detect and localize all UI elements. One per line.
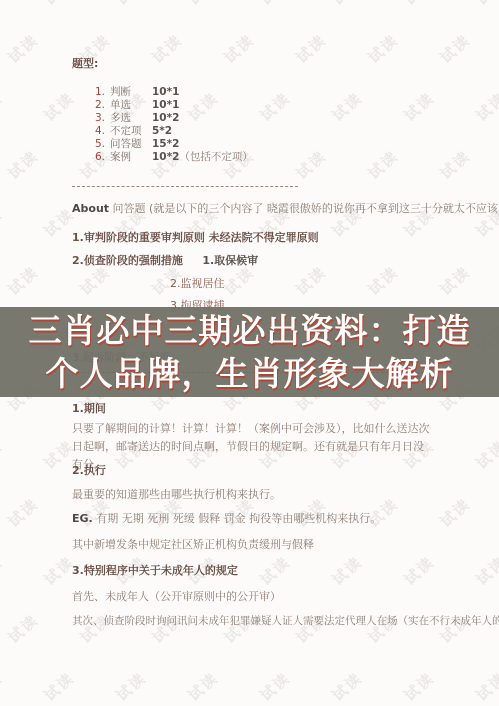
promo-banner[interactable]: 三肖必中三期必出资料：打造 个人品牌，生肖形象大解析 bbox=[0, 307, 499, 397]
list-item: 6.案例10*2（包括不定项） bbox=[95, 151, 253, 164]
promo-banner-line2: 个人品牌，生肖形象大解析 bbox=[46, 352, 454, 395]
point-1: 1.审判阶段的重要审判原则 未经法院不得定罪原则 bbox=[72, 229, 319, 245]
list-label: 多选 bbox=[110, 112, 152, 125]
dashed-separator bbox=[72, 186, 298, 187]
list-label: 不定项 bbox=[110, 125, 152, 138]
section-2-body: 最重要的知道那些由哪些执行机构来执行。 bbox=[72, 486, 281, 502]
list-item: 4.不定项5*2 bbox=[95, 125, 253, 138]
list-number: 5. bbox=[95, 138, 110, 151]
list-number: 6. bbox=[95, 151, 110, 164]
list-number: 1. bbox=[95, 86, 110, 99]
list-label: 问答题 bbox=[110, 138, 152, 151]
about-text: 问答题 (就是以下的三个内容了 晓霞很傲娇的说你再不拿到这三十分就太不应该了-0… bbox=[113, 202, 499, 215]
list-label: 案例 bbox=[110, 151, 152, 164]
section-1-title: 1.期间 bbox=[72, 400, 106, 416]
list-item: 5.问答题15*2 bbox=[95, 138, 253, 151]
list-note: （包括不定项） bbox=[179, 151, 253, 163]
eg-text: 有期 无期 死刑 死缓 假释 罚金 拘役等由哪些机构来执行。 bbox=[96, 512, 381, 525]
list-score: 15*2 bbox=[152, 138, 179, 150]
list-score: 10*1 bbox=[152, 86, 179, 98]
list-score: 10*1 bbox=[152, 99, 179, 111]
point-2-text: 2.侦查阶段的强制措施 bbox=[72, 254, 183, 267]
section-1-body: 只要了解期间的计算！计算！计算！（案例中可会涉及），比如什么送达次日起啊，邮寄送… bbox=[72, 420, 434, 474]
section-title: 题型: bbox=[72, 55, 98, 71]
eg-label: EG. bbox=[72, 512, 93, 525]
section-3-line2: 其次、侦查阶段时询问讯问未成年犯罪嫌疑人证人需要法定代理人在场（实在不行未成年人… bbox=[72, 613, 499, 628]
list-label: 判断 bbox=[110, 86, 152, 99]
section-2-title: 2.执行 bbox=[72, 462, 106, 478]
section-3-title: 3.特别程序中关于未成年人的规定 bbox=[72, 562, 238, 578]
about-label: About bbox=[72, 202, 109, 215]
list-score: 5*2 bbox=[152, 125, 172, 137]
list-number: 4. bbox=[95, 125, 110, 138]
point-2-sub1: 1.取保候审 bbox=[202, 254, 258, 267]
document-page: 试读试读试读试读试读试读试读试读试读试读试读试读试读试读试读试读试读试读试读试读… bbox=[0, 0, 499, 706]
section-3-line1: 首先、未成年人（公开审原则中的公开审） bbox=[72, 588, 281, 604]
list-item: 3.多选10*2 bbox=[95, 112, 253, 125]
about-line: About 问答题 (就是以下的三个内容了 晓霞很傲娇的说你再不拿到这三十分就太… bbox=[72, 200, 499, 216]
list-label: 单选 bbox=[110, 99, 152, 112]
list-number: 3. bbox=[95, 112, 110, 125]
list-score: 10*2 bbox=[152, 151, 179, 163]
section-2-note: 其中新增发条中规定社区矫正机构负责缓刑与假释 bbox=[72, 536, 314, 552]
point-2: 2.侦查阶段的强制措施 1.取保候审 bbox=[72, 252, 258, 268]
question-type-list: 1.判断10*1 2.单选10*1 3.多选10*2 4.不定项5*2 5.问答… bbox=[95, 86, 253, 164]
list-number: 2. bbox=[95, 99, 110, 112]
list-item: 1.判断10*1 bbox=[95, 86, 253, 99]
point-2-sub2: 2.监视居住 bbox=[170, 275, 225, 291]
list-score: 10*2 bbox=[152, 112, 179, 124]
list-item: 2.单选10*1 bbox=[95, 99, 253, 112]
section-2-eg: EG. 有期 无期 死刑 死缓 假释 罚金 拘役等由哪些机构来执行。 bbox=[72, 510, 381, 526]
promo-banner-line1: 三肖必中三期必出资料：打造 bbox=[29, 309, 471, 352]
